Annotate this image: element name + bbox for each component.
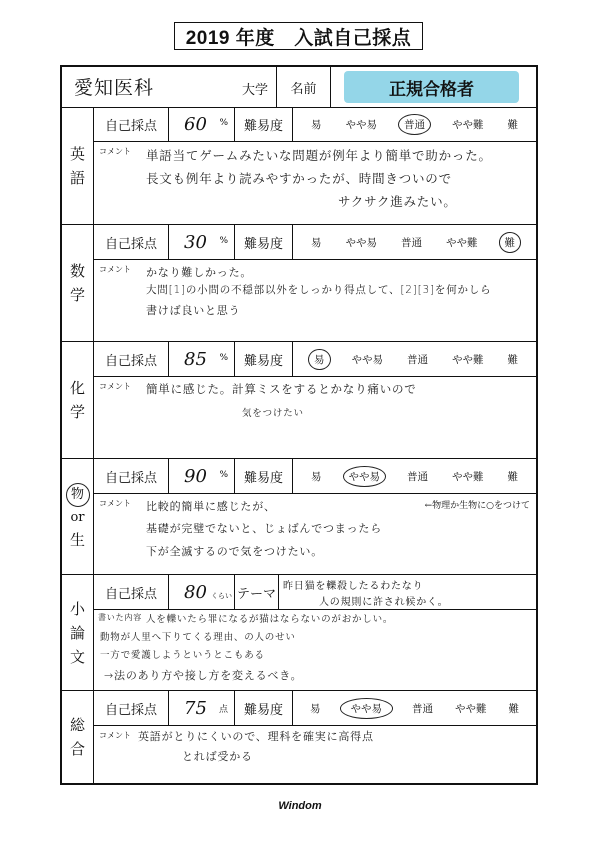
difficulty-option: 易 (307, 699, 324, 718)
comment-area: コメント ←物理か生物に○をつけて 比較的簡単に感じたが、 基礎が完璧でないと、… (94, 494, 536, 574)
comment-line: かなり難しかった。 (146, 264, 252, 280)
subject-label: 物 or 生 (62, 459, 94, 574)
difficulty-option: やや易 (343, 233, 381, 252)
subject-char: or (70, 507, 84, 529)
score-unit: 点 (219, 702, 228, 715)
difficulty-options: 易 やや易 普通 やや難 難 (293, 342, 536, 376)
score-unit: % (219, 118, 228, 128)
difficulty-option: やや難 (452, 699, 490, 718)
score-field: 30 % (169, 225, 235, 259)
difficulty-option: やや易 (349, 350, 387, 369)
rating-row: 自己採点 60 % 難易度 易 やや易 普通 やや難 難 (94, 107, 536, 142)
comment-line: 下が全滅するので気をつけたい。 (146, 543, 323, 559)
difficulty-options: 易 やや易 普通 やや難 難 (293, 225, 536, 259)
self-score-label: 自己採点 (94, 107, 169, 141)
comment-line: 単語当てゲームみたいな問題が例年より簡単で助かった。 (146, 146, 492, 164)
score-value: 80 (184, 582, 207, 603)
difficulty-option: 難 (505, 115, 522, 134)
self-score-label: 自己採点 (94, 575, 169, 609)
theme-field: 昨日猫を轢殺したるわたなり 人の規則に許され候かく。 (279, 575, 536, 609)
instruction-note: ←物理か生物に○をつけて (425, 498, 530, 511)
difficulty-options: 易 やや易 普通 やや難 難 (293, 691, 536, 725)
name-label: 名前 (277, 67, 331, 107)
section-english: 英 語 自己採点 60 % 難易度 易 やや易 普通 やや難 難 コメント 単語… (62, 107, 536, 225)
difficulty-option-selected: 難 (499, 232, 522, 253)
difficulty-option-selected: やや易 (340, 698, 394, 719)
section-chemistry: 化 学 自己採点 85 % 難易度 易 やや易 普通 やや難 難 コメント 簡単… (62, 342, 536, 459)
comment-label: コメント (99, 381, 131, 392)
section-math: 数 学 自己採点 30 % 難易度 易 やや易 普通 やや難 難 コメント かな… (62, 225, 536, 342)
section-overall: 総 合 自己採点 75 点 難易度 易 やや易 普通 やや難 難 コメント 英語… (62, 691, 536, 783)
subject-char: 総 (70, 713, 85, 737)
page-title: 2019 年度 入試自己採点 (174, 22, 423, 50)
difficulty-option: 普通 (409, 699, 436, 718)
difficulty-options: 易 やや易 普通 やや難 難 (293, 107, 536, 141)
difficulty-option: やや難 (449, 467, 487, 486)
section-physics-or-biology: 物 or 生 自己採点 90 % 難易度 易 やや易 普通 やや難 難 コメント… (62, 459, 536, 575)
score-unit: % (219, 236, 228, 246)
difficulty-option: やや易 (343, 115, 381, 134)
comment-label: コメント (99, 498, 131, 509)
subject-char: 生 (70, 529, 85, 551)
comment-line: 比較的簡単に感じたが、 (146, 498, 276, 514)
written-content-label: 書いた内容 (98, 612, 142, 623)
comment-line: 人を轢いたら罪になるが猫はならないのがおかしい。 (146, 611, 393, 625)
difficulty-option: 易 (308, 115, 325, 134)
university-name: 愛知医科 (74, 73, 154, 100)
difficulty-option: やや難 (443, 233, 481, 252)
score-unit: % (219, 353, 228, 363)
subject-label: 英 語 (62, 107, 94, 224)
university-field: 愛知医科 大学 (62, 67, 277, 107)
subject-char: 化 (70, 376, 85, 400)
subject-label: 数 学 (62, 225, 94, 341)
score-field: 85 % (169, 342, 235, 376)
score-unit: くらい (211, 591, 232, 601)
difficulty-label: 難易度 (235, 225, 293, 259)
comment-line: サクサク進みたい。 (338, 192, 457, 210)
name-badge: 正規合格者 (344, 71, 519, 103)
subject-char: 英 (70, 142, 85, 166)
difficulty-option: 難 (505, 350, 522, 369)
self-score-label: 自己採点 (94, 691, 169, 725)
difficulty-option: 普通 (398, 233, 425, 252)
comment-line: 動物が人里へ下りてくる理由、の人のせい (100, 629, 296, 643)
difficulty-label: 難易度 (235, 459, 293, 493)
comment-area: コメント 英語がとりにくいので、理科を確実に高得点 とれば受かる (94, 726, 536, 783)
comment-line: →法のあり方や接し方を変えるべき。 (104, 667, 302, 683)
comment-line: 書けば良いと思う (146, 302, 240, 318)
subject-char: 学 (70, 400, 85, 424)
score-field: 80 くらい (169, 575, 235, 609)
score-value: 60 (184, 114, 207, 135)
difficulty-option: やや難 (449, 115, 487, 134)
subject-label: 小 論 文 (62, 575, 94, 690)
theme-line: 人の規則に許され候かく。 (319, 593, 448, 608)
subject-char: 論 (70, 621, 85, 645)
difficulty-option-selected: 普通 (398, 114, 431, 135)
difficulty-option: 難 (506, 699, 523, 718)
subject-char: 小 (70, 597, 85, 621)
comment-area: コメント かなり難しかった。 大問[1]の小問の不穏部以外をしっかり得点して、[… (94, 260, 536, 341)
comment-area: コメント 単語当てゲームみたいな問題が例年より簡単で助かった。 長文も例年より読… (94, 142, 536, 224)
score-value: 90 (184, 466, 207, 487)
difficulty-option: 難 (505, 467, 522, 486)
comment-line: 気をつけたい (242, 405, 304, 419)
difficulty-option: 普通 (404, 350, 431, 369)
subject-char: 学 (70, 283, 85, 307)
difficulty-options: 易 やや易 普通 やや難 難 (293, 459, 536, 493)
rating-row: 自己採点 80 くらい テーマ 昨日猫を轢殺したるわたなり 人の規則に許され候か… (94, 575, 536, 610)
comment-line: 長文も例年より読みやすかったが、時間きついので (146, 169, 452, 187)
comment-line: とれば受かる (182, 748, 253, 764)
comment-line: 英語がとりにくいので、理科を確実に高得点 (138, 728, 374, 744)
rating-row: 自己採点 85 % 難易度 易 やや易 普通 やや難 難 (94, 342, 536, 377)
rating-row: 自己採点 90 % 難易度 易 やや易 普通 やや難 難 (94, 459, 536, 494)
score-field: 60 % (169, 107, 235, 141)
difficulty-option: 易 (308, 467, 325, 486)
score-field: 90 % (169, 459, 235, 493)
difficulty-option-selected: 易 (308, 349, 331, 370)
theme-line: 昨日猫を轢殺したるわたなり (283, 577, 423, 592)
subject-char: 合 (70, 737, 85, 761)
subject-label: 化 学 (62, 342, 94, 458)
difficulty-option-selected: やや易 (343, 466, 387, 487)
rating-row: 自己採点 75 点 難易度 易 やや易 普通 やや難 難 (94, 691, 536, 726)
footer-brand: Windom (0, 800, 600, 812)
self-score-label: 自己採点 (94, 459, 169, 493)
university-suffix: 大学 (242, 79, 268, 98)
self-score-label: 自己採点 (94, 342, 169, 376)
comment-label: コメント (99, 730, 131, 741)
difficulty-label: 難易度 (235, 107, 293, 141)
self-score-label: 自己採点 (94, 225, 169, 259)
subject-char: 語 (70, 166, 85, 190)
score-value: 75 (184, 698, 207, 719)
written-content-area: 書いた内容 人を轢いたら罪になるが猫はならないのがおかしい。 動物が人里へ下りて… (94, 610, 536, 690)
rating-row: 自己採点 30 % 難易度 易 やや易 普通 やや難 難 (94, 225, 536, 260)
subject-char: 文 (70, 645, 85, 669)
comment-line: 大問[1]の小問の不穏部以外をしっかり得点して、[2][3]を何かしら (146, 282, 491, 297)
score-unit: % (219, 470, 228, 480)
difficulty-option: やや難 (449, 350, 487, 369)
difficulty-option: 易 (308, 233, 325, 252)
header-row: 愛知医科 大学 名前 正規合格者 (62, 67, 536, 108)
score-field: 75 点 (169, 691, 235, 725)
comment-area: コメント 簡単に感じた。計算ミスをするとかなり痛いので 気をつけたい (94, 377, 536, 458)
comment-label: コメント (99, 264, 131, 275)
comment-line: 一方で愛護しようというとこもある (100, 647, 265, 661)
self-score-sheet: 愛知医科 大学 名前 正規合格者 英 語 自己採点 60 % 難易度 易 やや易… (60, 65, 538, 785)
theme-label: テーマ (235, 575, 279, 609)
comment-line: 基礎が完璧でないと、じょばんでつまったら (146, 520, 382, 536)
comment-label: コメント (99, 146, 131, 157)
difficulty-label: 難易度 (235, 691, 293, 725)
difficulty-label: 難易度 (235, 342, 293, 376)
subject-char: 数 (70, 259, 85, 283)
score-value: 85 (184, 349, 207, 370)
subject-label: 総 合 (62, 691, 94, 783)
comment-line: 簡単に感じた。計算ミスをするとかなり痛いので (146, 381, 417, 397)
score-value: 30 (184, 232, 207, 253)
difficulty-option: 普通 (404, 467, 431, 486)
section-short-essay: 小 論 文 自己採点 80 くらい テーマ 昨日猫を轢殺したるわたなり 人の規則… (62, 575, 536, 691)
subject-circled: 物 (66, 483, 90, 507)
